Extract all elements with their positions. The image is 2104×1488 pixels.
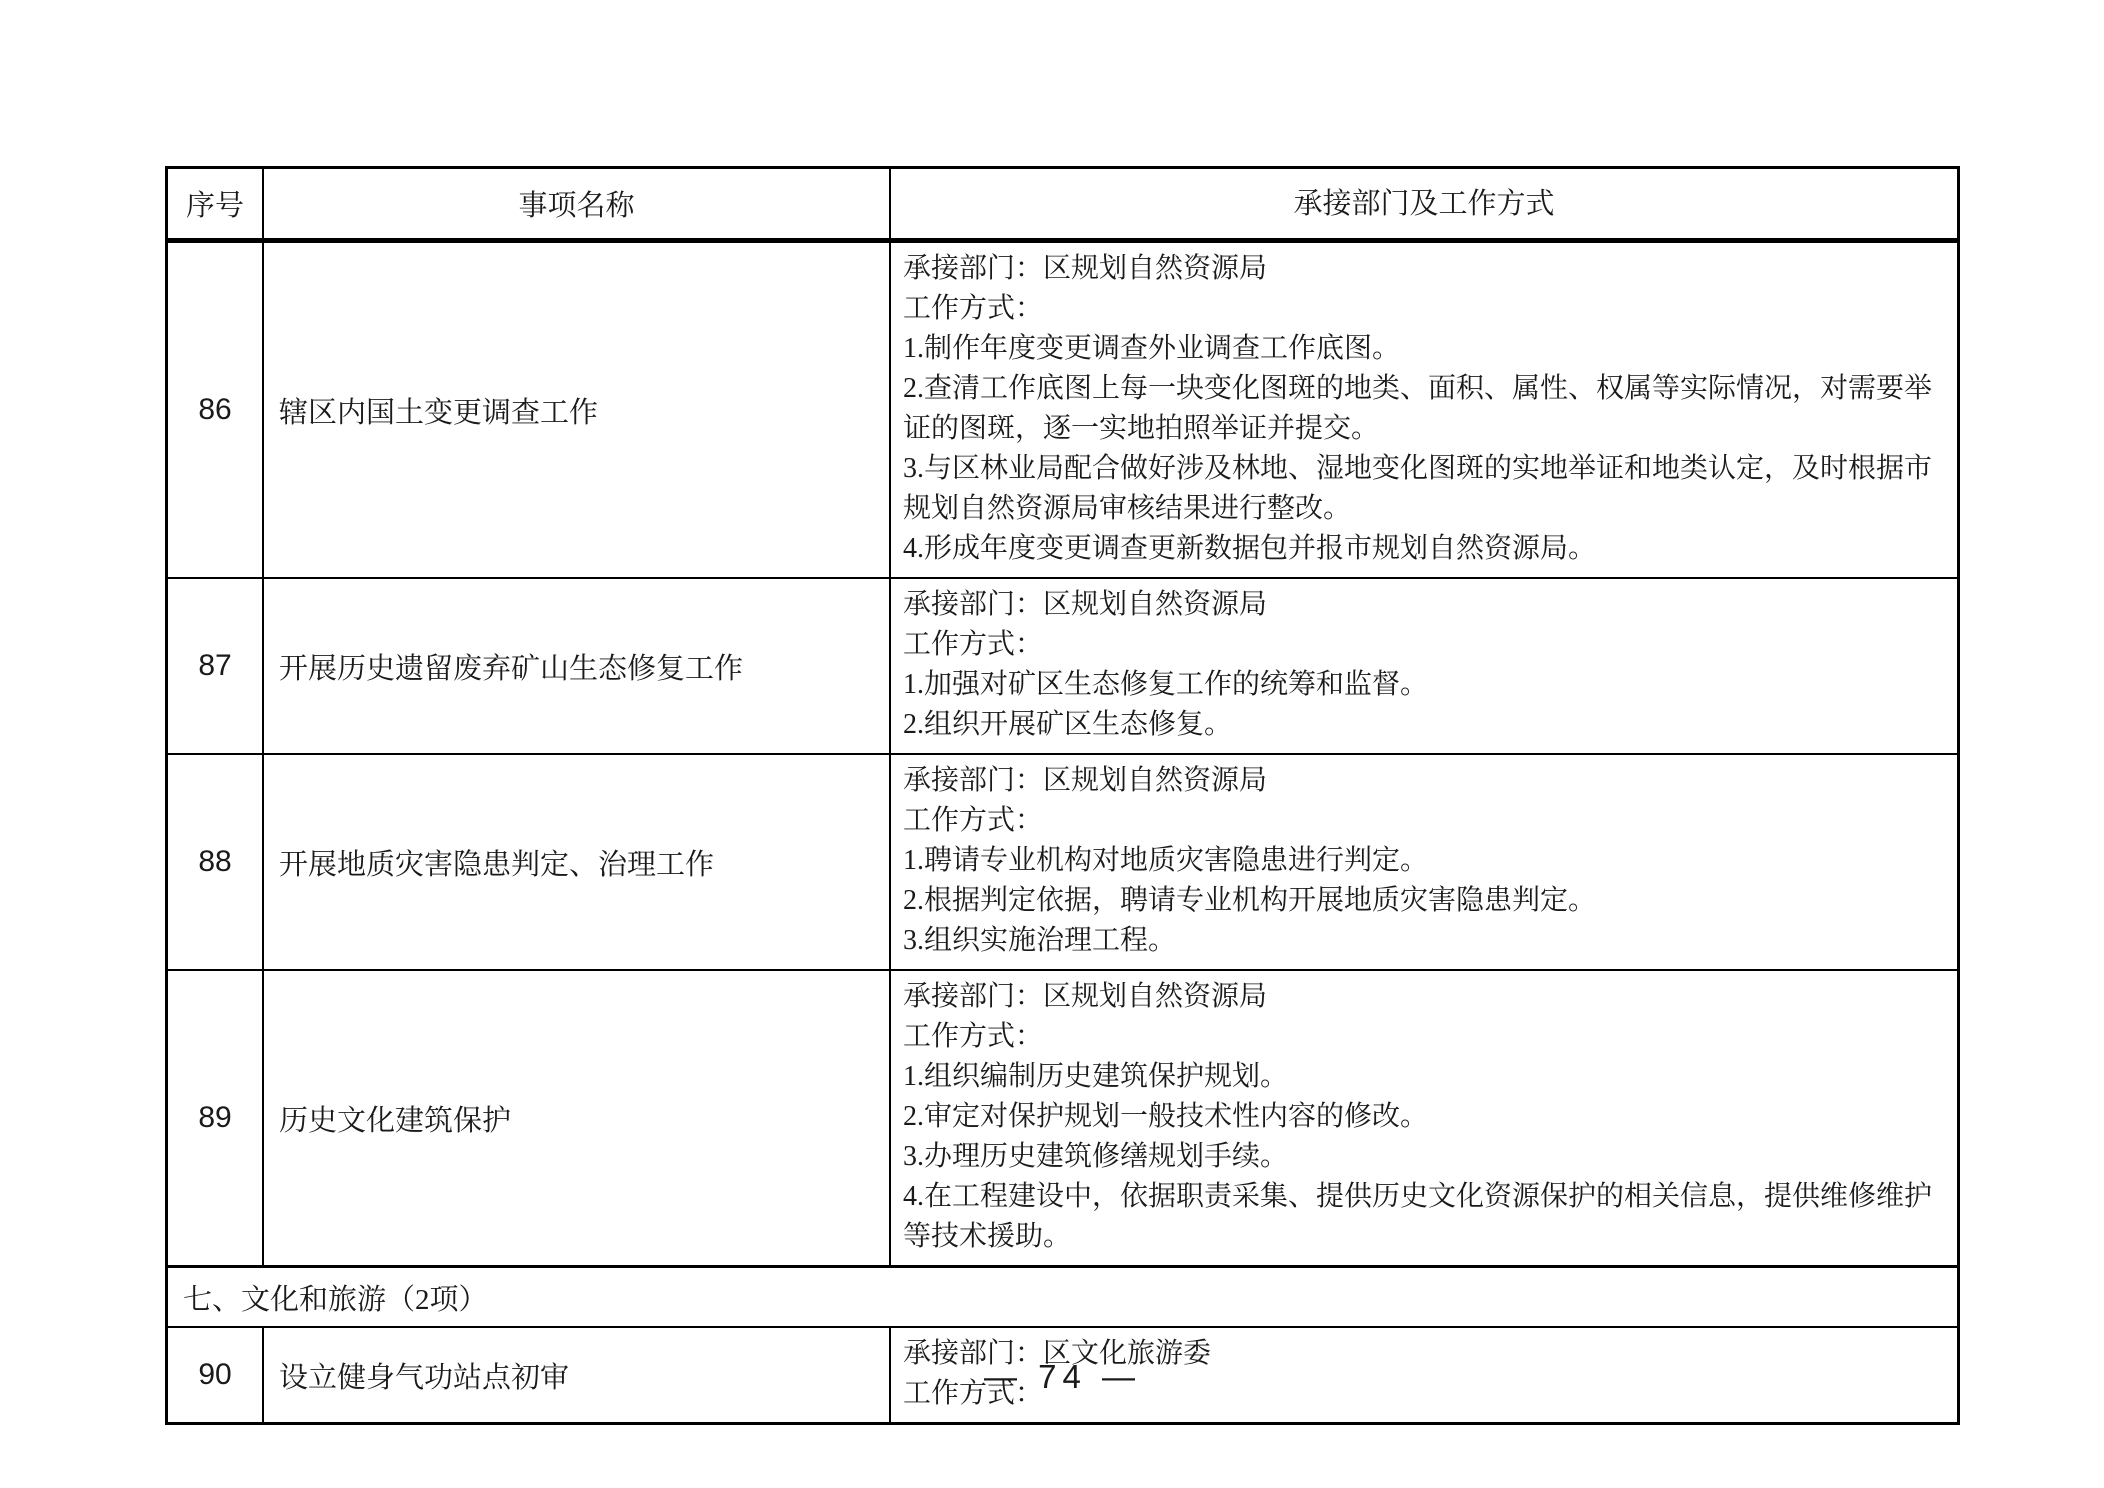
header-item-name: 事项名称 (264, 169, 891, 238)
row-detail: 承接部门：区规划自然资源局 工作方式： 1.制作年度变更调查外业调查工作底图。 … (891, 243, 1957, 577)
row-detail: 承接部门：区规划自然资源局 工作方式： 1.聘请专业机构对地质灾害隐患进行判定。… (891, 755, 1957, 969)
item-name: 开展历史遗留废弃矿山生态修复工作 (264, 579, 891, 753)
section-header-culture-tourism: 七、文化和旅游（2项） (168, 1265, 1957, 1326)
row-index: 87 (168, 579, 264, 753)
row-detail: 承接部门：区规划自然资源局 工作方式： 1.加强对矿区生态修复工作的统筹和监督。… (891, 579, 1957, 753)
table-header-row: 序号 事项名称 承接部门及工作方式 (168, 169, 1957, 241)
item-name: 历史文化建筑保护 (264, 971, 891, 1265)
table-row: 89 历史文化建筑保护 承接部门：区规划自然资源局 工作方式： 1.组织编制历史… (168, 969, 1957, 1265)
row-index: 88 (168, 755, 264, 969)
responsibility-table: 序号 事项名称 承接部门及工作方式 86 辖区内国土变更调查工作 承接部门：区规… (165, 166, 1960, 1425)
table-row: 88 开展地质灾害隐患判定、治理工作 承接部门：区规划自然资源局 工作方式： 1… (168, 753, 1957, 969)
row-index: 86 (168, 243, 264, 577)
page-number: — 74 — (165, 1358, 1960, 1396)
row-index: 89 (168, 971, 264, 1265)
document-page: 序号 事项名称 承接部门及工作方式 86 辖区内国土变更调查工作 承接部门：区规… (0, 0, 2104, 1488)
table-row: 86 辖区内国土变更调查工作 承接部门：区规划自然资源局 工作方式： 1.制作年… (168, 241, 1957, 577)
row-detail: 承接部门：区规划自然资源局 工作方式： 1.组织编制历史建筑保护规划。 2.审定… (891, 971, 1957, 1265)
header-index: 序号 (168, 169, 264, 238)
item-name: 辖区内国土变更调查工作 (264, 243, 891, 577)
item-name: 开展地质灾害隐患判定、治理工作 (264, 755, 891, 969)
table-row: 87 开展历史遗留废弃矿山生态修复工作 承接部门：区规划自然资源局 工作方式： … (168, 577, 1957, 753)
header-department: 承接部门及工作方式 (891, 169, 1957, 238)
